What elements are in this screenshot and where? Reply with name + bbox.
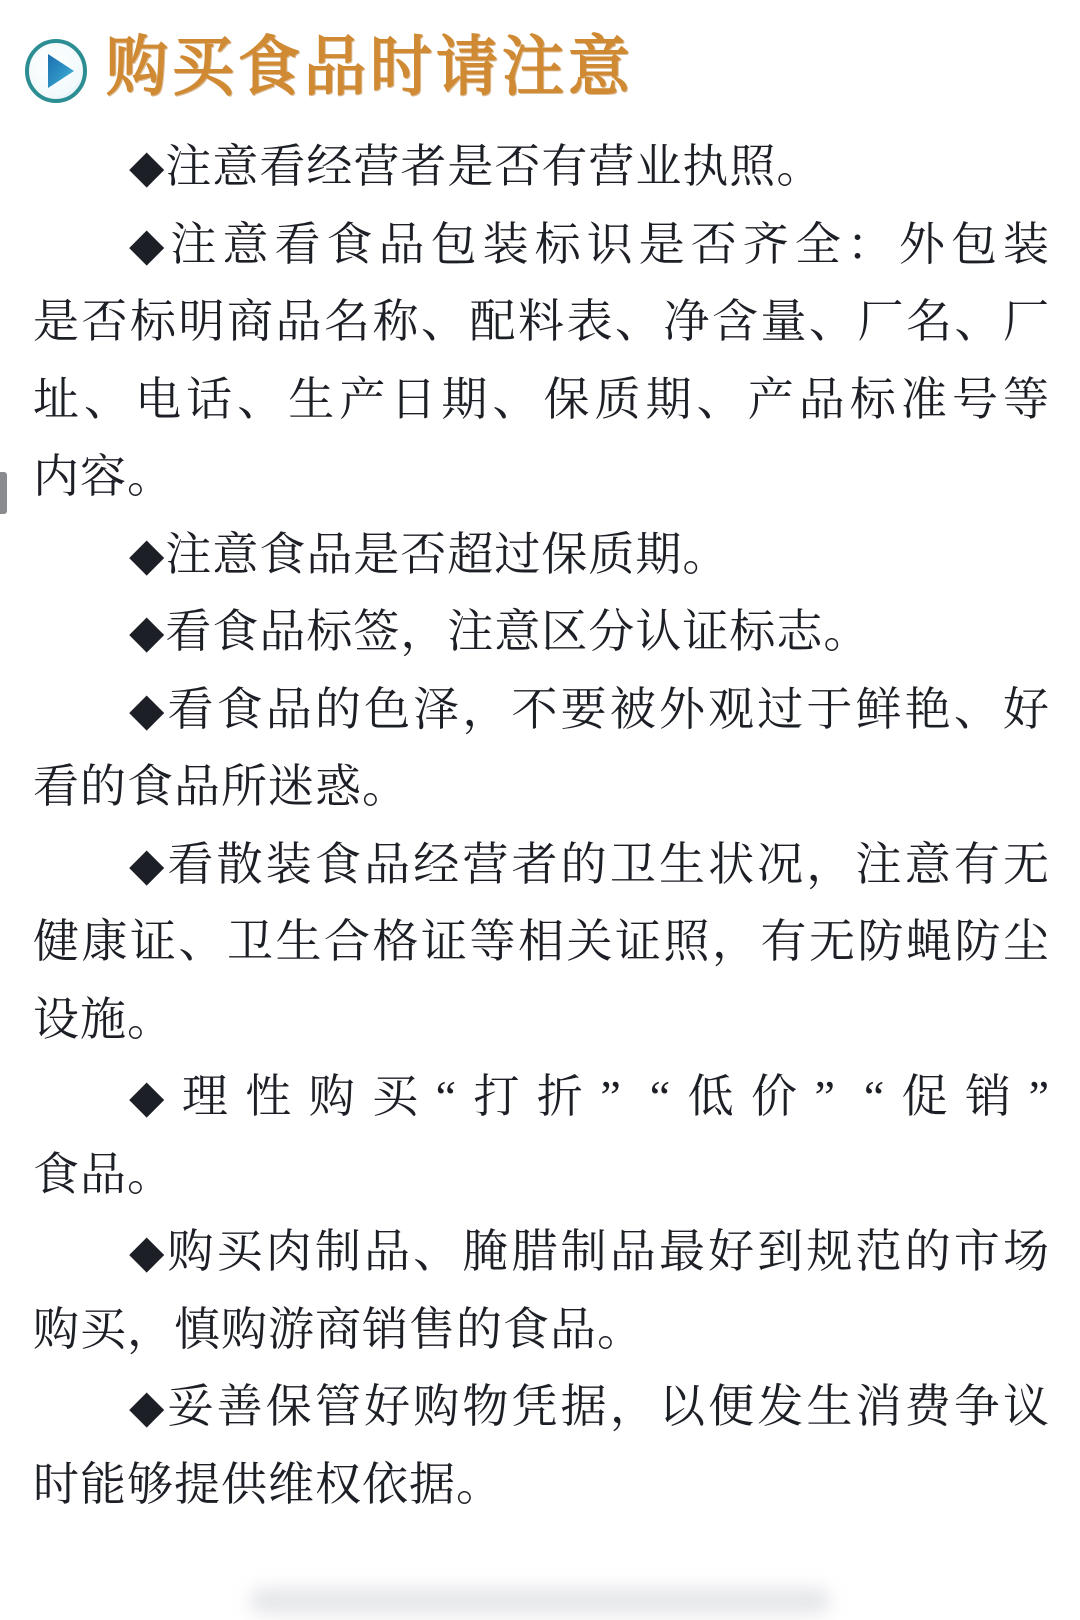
text-line: 购买，慎购游商销售的食品。 bbox=[33, 1291, 1049, 1369]
text-line: 是否标明商品名称、配料表、净含量、厂名、厂 bbox=[33, 283, 1049, 361]
text-line: ◆看食品的色泽，不要被外观过于鲜艳、好 bbox=[33, 671, 1049, 749]
text-line: ◆妥善保管好购物凭据，以便发生消费争议 bbox=[33, 1368, 1049, 1446]
text-line: 时能够提供维权依据。 bbox=[33, 1446, 1049, 1524]
text-line: 看的食品所迷惑。 bbox=[33, 748, 1049, 826]
text-line: 内容。 bbox=[33, 438, 1049, 516]
text-line: ◆购买肉制品、腌腊制品最好到规范的市场 bbox=[33, 1213, 1049, 1291]
text-line: ◆理性购买“打折” “低价” “促销” bbox=[33, 1058, 1049, 1136]
text-line: 健康证、卫生合格证等相关证照，有无防蝇防尘 bbox=[33, 903, 1049, 981]
text-line: 食品。 bbox=[33, 1136, 1049, 1214]
scan-edge-artifact bbox=[0, 472, 7, 514]
play-icon bbox=[24, 38, 88, 104]
page-title: 购买食品时请注意 bbox=[106, 35, 634, 100]
text-line: 址、电话、生产日期、保质期、产品标准号等 bbox=[33, 361, 1049, 439]
header: 购买食品时请注意 bbox=[24, 28, 1056, 108]
text-line: ◆注意食品是否超过保质期。 bbox=[33, 516, 1049, 594]
text-line: ◆注意看经营者是否有营业执照。 bbox=[33, 128, 1049, 206]
text-line: 设施。 bbox=[33, 981, 1049, 1059]
text-line: ◆看散装食品经营者的卫生状况，注意有无 bbox=[33, 826, 1049, 904]
text-line: ◆注意看食品包装标识是否齐全：外包装 bbox=[33, 206, 1049, 284]
blurred-watermark bbox=[250, 1588, 830, 1614]
text-line: ◆看食品标签，注意区分认证标志。 bbox=[33, 593, 1049, 671]
article-body: ◆注意看经营者是否有营业执照。 ◆注意看食品包装标识是否齐全：外包装 是否标明商… bbox=[33, 128, 1049, 1523]
